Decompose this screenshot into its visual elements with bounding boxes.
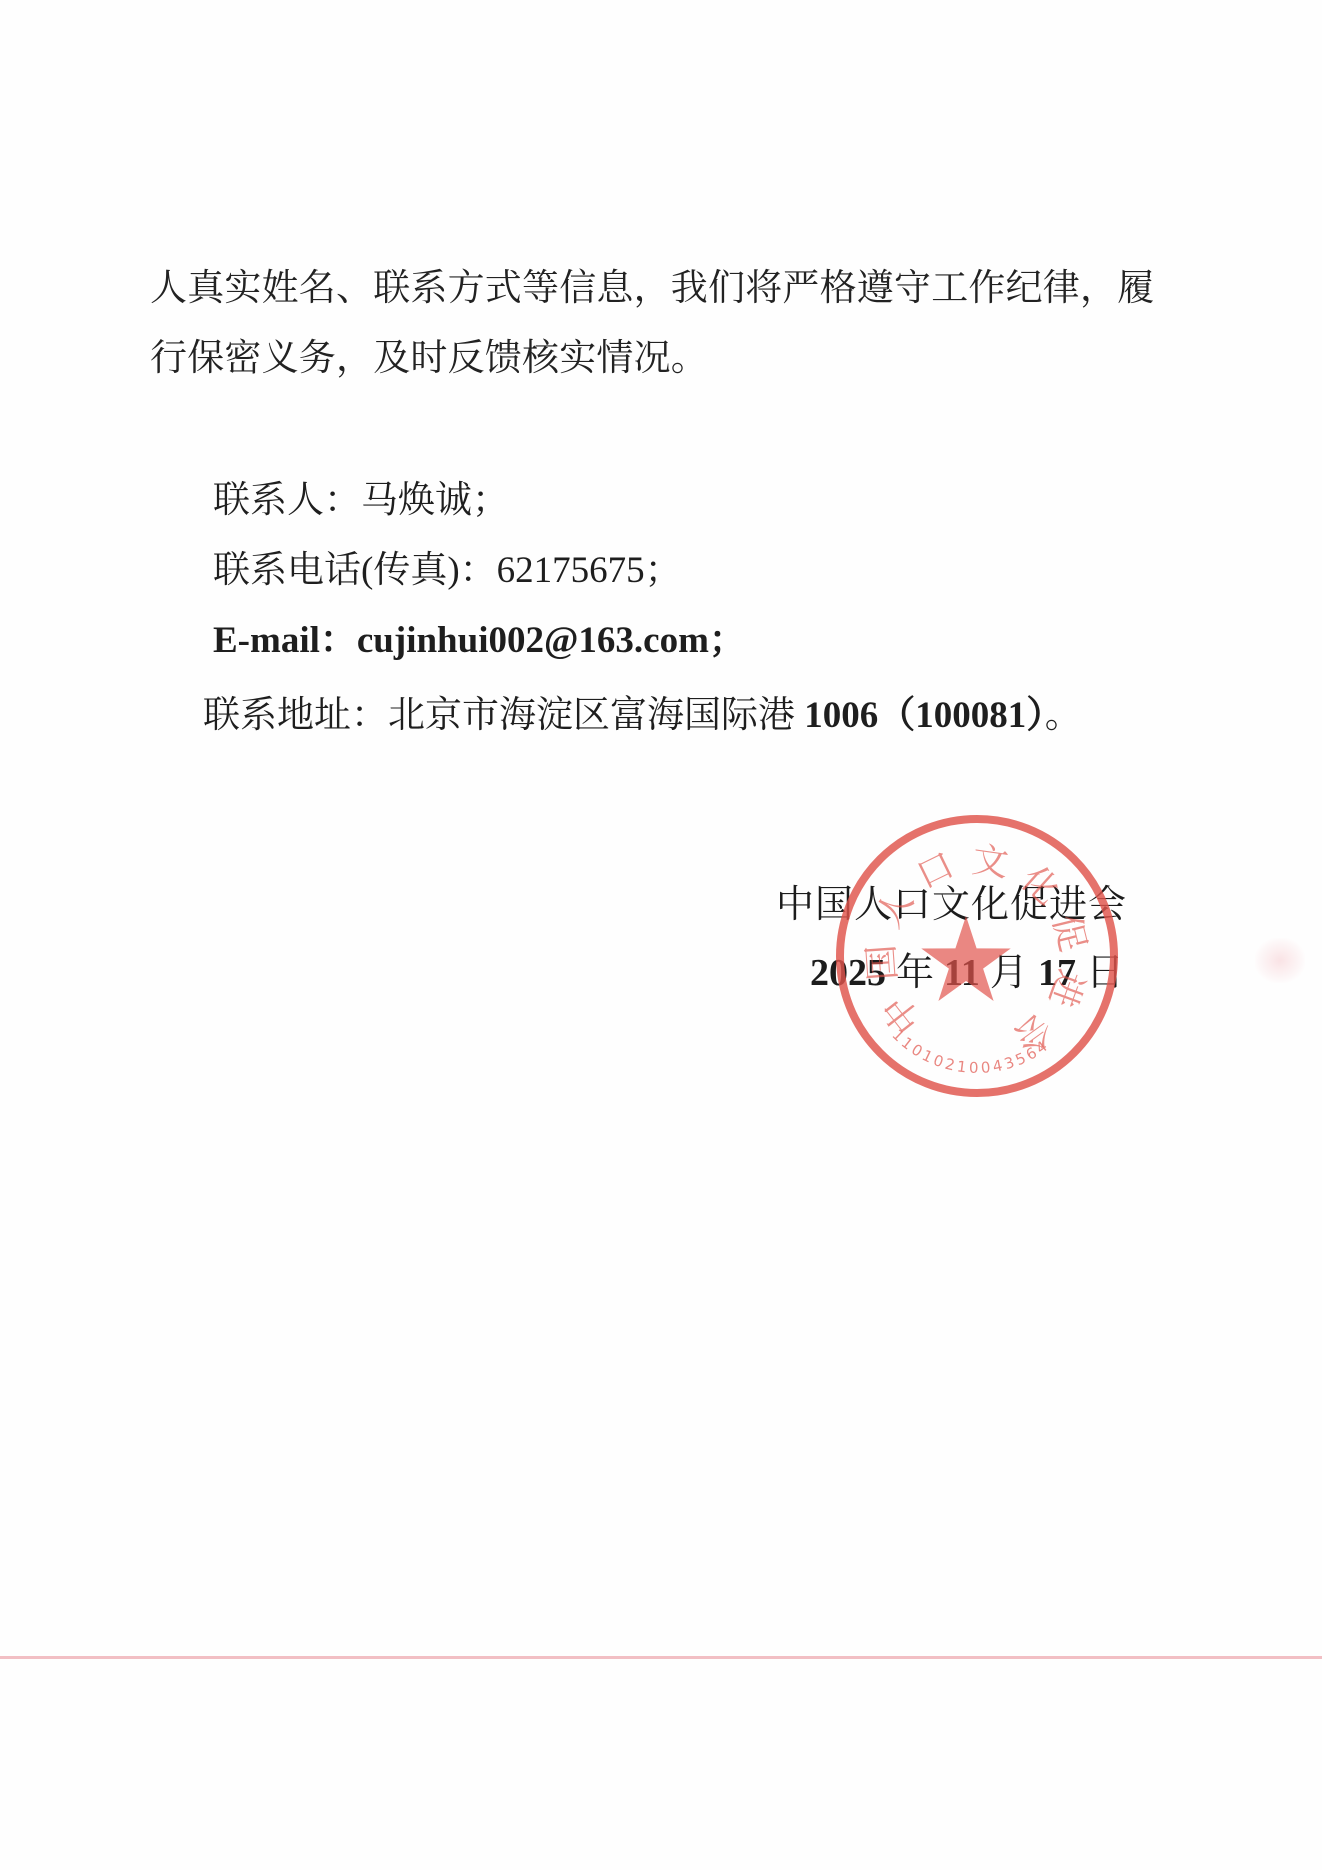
contact-address-period: 。 <box>1045 695 1082 736</box>
contact-phone-number: 62175675； <box>497 550 682 591</box>
seal-org-arc-char: 会 <box>1007 1006 1060 1060</box>
ink-smudge <box>1255 938 1305 983</box>
letter-page: 人真实姓名、联系方式等信息，我们将严格遵守工作纪律，履 行保密义务，及时反馈核实… <box>0 0 1322 1870</box>
contact-address-label: 联系地址：北京市海淀区富海国际港 <box>203 695 804 736</box>
date-month: 11 <box>938 952 986 994</box>
contact-phone-line: 联系电话(传真)：62175675； <box>213 552 682 589</box>
body-paragraph-line-1: 人真实姓名、联系方式等信息，我们将严格遵守工作纪律，履 <box>150 270 1154 307</box>
date-day-unit: 日 <box>1082 952 1128 994</box>
signature-org-name: 中国人口文化促进会 <box>776 873 1127 928</box>
date-day: 17 <box>1032 952 1082 994</box>
date-year-unit: 年 <box>892 952 938 994</box>
contact-email-line: E-mail：cujinhui002@163.com； <box>213 622 746 659</box>
seal-serial-number: 11010210043564 <box>886 1025 1054 1083</box>
contact-phone-label: 联系电话(传真)： <box>213 550 497 591</box>
signature-date: 2025年11月17日 <box>804 941 1128 996</box>
footer-accent-line <box>0 1656 1322 1659</box>
date-month-unit: 月 <box>986 952 1032 994</box>
date-year: 2025 <box>804 952 892 994</box>
body-paragraph-line-2: 行保密义务，及时反馈核实情况。 <box>150 340 708 377</box>
contact-address-number: 1006 <box>804 695 878 736</box>
contact-address-postal: （100081） <box>878 695 1045 736</box>
contact-person-line: 联系人：马焕诚； <box>213 482 509 519</box>
contact-address-line: 联系地址：北京市海淀区富海国际港 1006（100081）。 <box>203 697 1082 734</box>
svg-text:11010210043564: 11010210043564 <box>886 1025 1054 1083</box>
